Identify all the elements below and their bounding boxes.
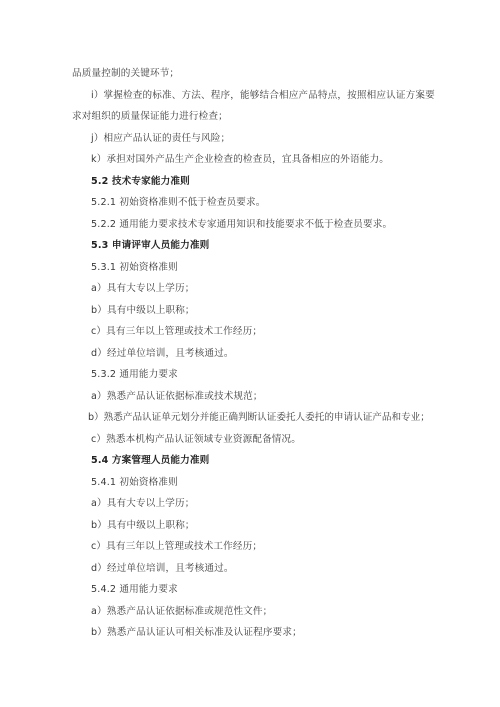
text-continuation: 求对组织的质量保证能力进行检查； xyxy=(72,111,228,123)
list-item-c: c）熟悉本机构产品认证领域专业资源配备情况。 xyxy=(91,434,301,446)
list-item-c: c）具有三年以上管理或技术工作经历； xyxy=(91,541,262,553)
list-item-j: j）相应产品认证的责任与风险； xyxy=(91,133,230,145)
list-item-c: c）具有三年以上管理或技术工作经历； xyxy=(91,326,262,338)
list-item-b: b）熟悉产品认证认可相关标准及认证程序要求； xyxy=(91,627,302,639)
section-heading-5-2: 5.2 技术专家能力准则 xyxy=(91,176,190,188)
list-item-d: d）经过单位培训，且考核通过。 xyxy=(91,563,234,575)
list-item-a: a）具有大专以上学历； xyxy=(91,283,194,295)
clause-5-4-1: 5.4.1 初始资格准则 xyxy=(91,477,178,489)
clause-5-3-1: 5.3.1 初始资格准则 xyxy=(91,262,178,274)
text-continuation: 品质量控制的关键环节； xyxy=(72,68,179,80)
section-heading-5-4: 5.4 方案管理人员能力准则 xyxy=(91,455,209,467)
document-page: 品质量控制的关键环节； i）掌握检查的标准、方法、程序，能够结合相应产品特点，按… xyxy=(0,0,500,707)
clause-5-2-1: 5.2.1 初始资格准则不低于检查员要求。 xyxy=(91,197,266,209)
clause-5-4-2: 5.4.2 通用能力要求 xyxy=(91,584,178,596)
clause-5-2-2: 5.2.2 通用能力要求技术专家通用知识和技能要求不低于检查员要求。 xyxy=(91,219,392,231)
list-item-a: a）具有大专以上学历； xyxy=(91,498,194,510)
list-item-b: b）具有中级以上职称； xyxy=(91,305,195,317)
list-item-a: a）熟悉产品认证依据标准或规范性文件； xyxy=(91,606,272,618)
list-item-b: b）熟悉产品认证单元划分并能正确判断认证委托人委托的申请认证产品和专业； xyxy=(88,412,430,424)
list-item-k: k）承担对国外产品生产企业检查的检查员，宜具备相应的外语能力。 xyxy=(91,154,389,166)
list-item-a: a）熟悉产品认证依据标准或技术规范； xyxy=(91,391,263,403)
list-item-d: d）经过单位培训，且考核通过。 xyxy=(91,348,234,360)
list-item-b: b）具有中级以上职称； xyxy=(91,520,195,532)
section-heading-5-3: 5.3 申请评审人员能力准则 xyxy=(91,240,209,252)
clause-5-3-2: 5.3.2 通用能力要求 xyxy=(91,369,178,381)
list-item-i: i）掌握检查的标准、方法、程序，能够结合相应产品特点，按照相应认证方案要 xyxy=(91,90,435,102)
